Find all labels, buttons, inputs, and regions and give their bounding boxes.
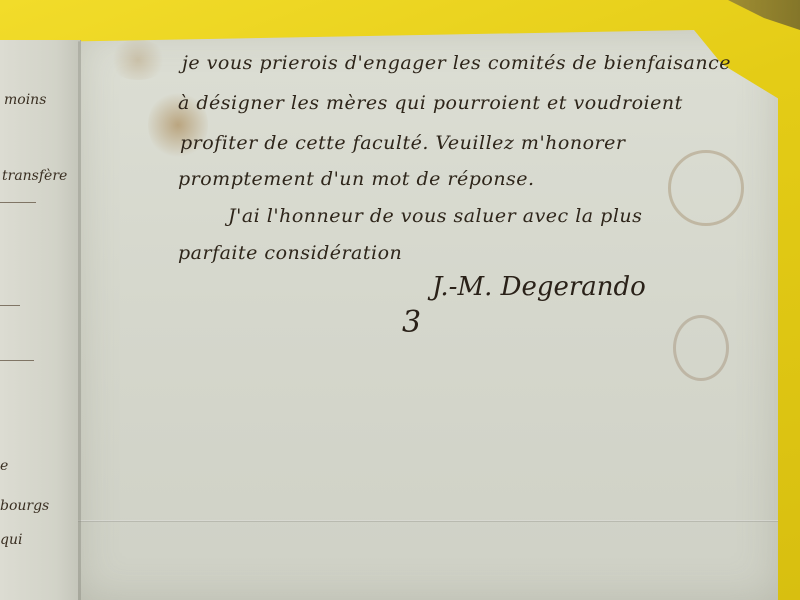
letter-line: à désigner les mères qui pourroient et v… [178, 92, 683, 114]
letter-line: J'ai l'honneur de vous saluer avec la pl… [228, 205, 642, 227]
left-fragment: bourgs [0, 498, 49, 514]
vertical-fold [78, 30, 81, 600]
signature: J.-M. Degerando [432, 272, 646, 302]
letter-line: profiter de cette faculté. Veuillez m'ho… [180, 132, 625, 154]
left-fragment: transfère [2, 168, 67, 184]
left-facing-page: moins transfère e bourgs qui [0, 40, 81, 600]
letter-line: je vous prierois d'engager les comités d… [182, 52, 731, 74]
ink-stain [108, 40, 168, 80]
left-rule [0, 360, 34, 361]
folio-mark: 3 [402, 305, 421, 340]
left-fragment: e [0, 458, 8, 474]
horizontal-fold [78, 520, 778, 522]
left-fragment: qui [0, 532, 22, 548]
left-rule [0, 202, 36, 203]
postmark-stamp [673, 315, 729, 381]
left-rule [0, 305, 20, 306]
letter-sheet [78, 30, 778, 600]
letter-line: promptement d'un mot de réponse. [178, 168, 535, 190]
letter-line: parfaite considération [178, 242, 402, 264]
postmark-stamp [668, 150, 744, 226]
left-fragment: moins [4, 92, 46, 108]
